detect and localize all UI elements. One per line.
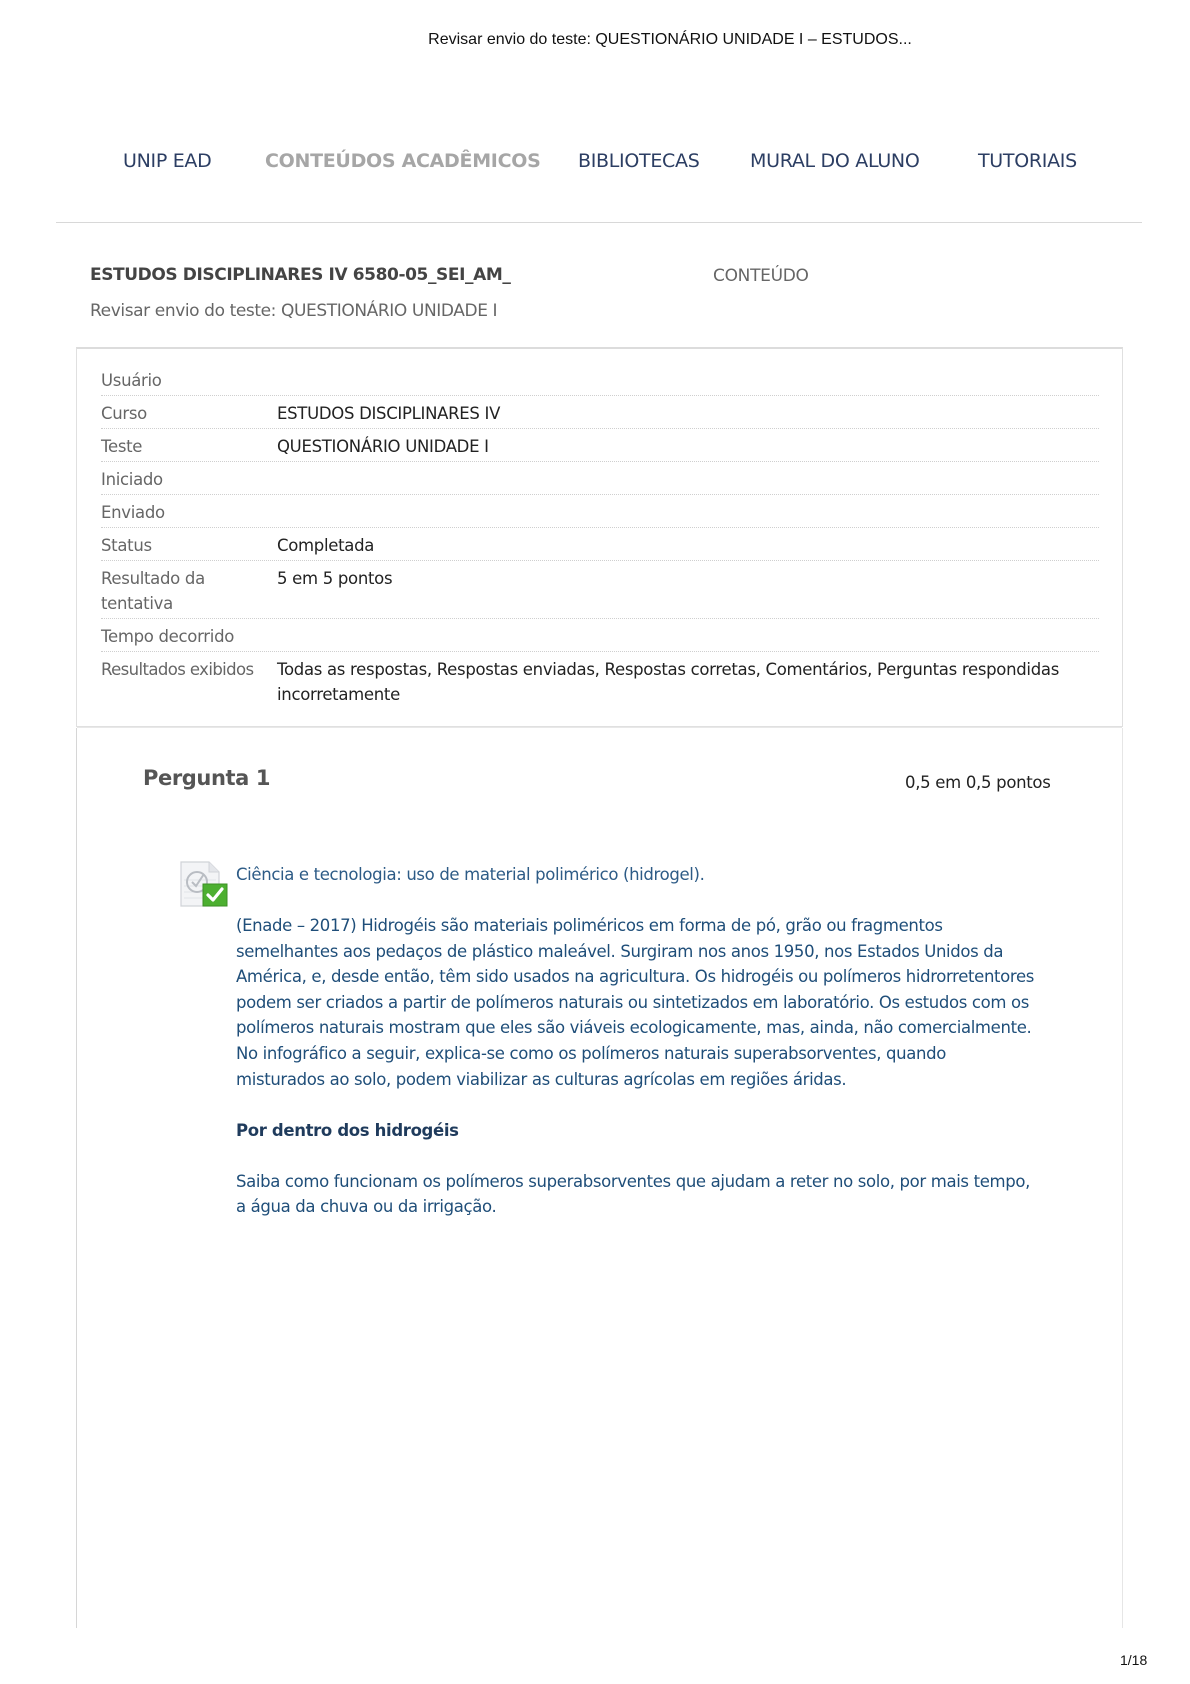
nav-bibliotecas[interactable]: BIBLIOTECAS: [578, 150, 699, 172]
question-card-top-border: [77, 727, 1122, 728]
document-title: Revisar envio do teste: QUESTIONÁRIO UNI…: [0, 31, 1190, 49]
info-value: [277, 500, 1099, 525]
info-row-teste: Teste QUESTIONÁRIO UNIDADE I: [101, 429, 1099, 462]
nav-unip-ead[interactable]: UNIP EAD: [123, 150, 211, 172]
info-value: Todas as respostas, Respostas enviadas, …: [277, 657, 1099, 707]
info-label: Enviado: [101, 500, 277, 525]
info-row-tempo: Tempo decorrido: [101, 619, 1099, 652]
question-body: Ciência e tecnologia: uso de material po…: [236, 862, 1036, 1246]
page-title: Revisar envio do teste: QUESTIONÁRIO UNI…: [90, 301, 497, 321]
info-row-iniciado: Iniciado: [101, 462, 1099, 495]
course-title[interactable]: ESTUDOS DISCIPLINARES IV 6580-05_SEI_AM_: [90, 265, 511, 285]
page-indicator: 1/18: [1120, 1652, 1147, 1668]
info-label: Tempo decorrido: [101, 624, 277, 649]
info-label: Status: [101, 533, 277, 558]
info-value: [277, 368, 1099, 393]
question-heading: Ciência e tecnologia: uso de material po…: [236, 862, 1036, 888]
nav-conteudos-academicos[interactable]: CONTEÚDOS ACADÊMICOS: [265, 150, 540, 172]
info-value: [277, 467, 1099, 492]
info-label: Iniciado: [101, 467, 277, 492]
attempt-score-value: 5 em 5 pontos: [277, 566, 1099, 616]
info-row-enviado: Enviado: [101, 495, 1099, 528]
info-row-status: Status Completada: [101, 528, 1099, 561]
content-breadcrumb-link[interactable]: CONTEÚDO: [713, 266, 809, 286]
nav-tutoriais[interactable]: TUTORIAIS: [978, 150, 1077, 172]
info-row-usuario: Usuário: [101, 363, 1099, 396]
correct-check-icon: [179, 860, 229, 908]
question-card-left-border: [76, 728, 77, 1628]
info-label: Resultados exibidos: [101, 657, 277, 707]
question-score: 0,5 em 0,5 pontos: [905, 773, 1051, 792]
info-value: QUESTIONÁRIO UNIDADE I: [277, 434, 1099, 459]
header-divider: [56, 222, 1142, 223]
question-card-right-border: [1122, 728, 1123, 1628]
question-paragraph: (Enade – 2017) Hidrogéis são materiais p…: [236, 913, 1036, 1092]
info-label: Teste: [101, 434, 277, 459]
attempt-info-table: Usuário Curso ESTUDOS DISCIPLINARES IV T…: [101, 363, 1099, 709]
nav-mural-do-aluno[interactable]: MURAL DO ALUNO: [750, 150, 920, 172]
question-paragraph-2: Saiba como funcionam os polímeros supera…: [236, 1169, 1036, 1220]
info-label: Usuário: [101, 368, 277, 393]
info-value: [277, 624, 1099, 649]
info-label: Curso: [101, 401, 277, 426]
info-row-resultado: Resultado da tentativa 5 em 5 pontos: [101, 561, 1099, 619]
status-value: Completada: [277, 533, 1099, 558]
info-label: Resultado da tentativa: [101, 566, 261, 616]
info-row-resultados-exibidos: Resultados exibidos Todas as respostas, …: [101, 652, 1099, 709]
question-subheading: Por dentro dos hidrogéis: [236, 1118, 1036, 1144]
attempt-info-panel: Usuário Curso ESTUDOS DISCIPLINARES IV T…: [76, 347, 1123, 727]
question-title: Pergunta 1: [143, 766, 270, 790]
info-row-curso: Curso ESTUDOS DISCIPLINARES IV: [101, 396, 1099, 429]
info-value: ESTUDOS DISCIPLINARES IV: [277, 401, 1099, 426]
